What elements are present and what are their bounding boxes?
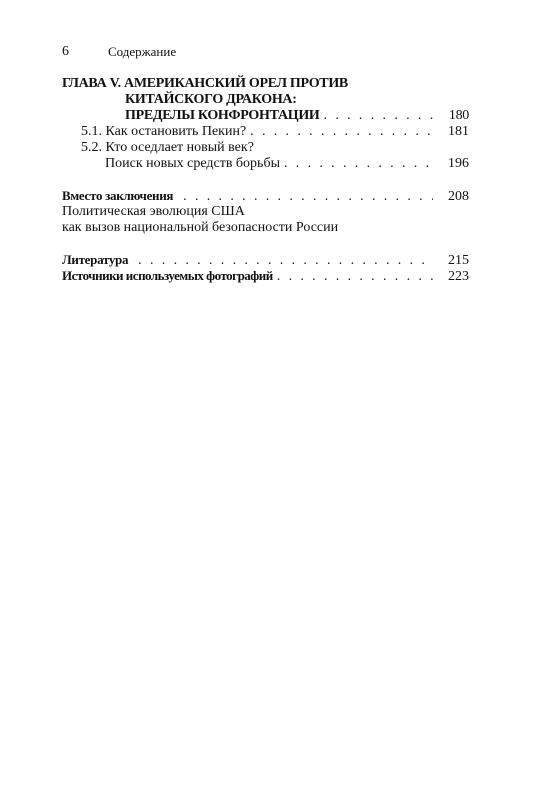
- toc-entry-label: Вместо заключения: [62, 188, 173, 204]
- toc-page-number: 181: [437, 124, 469, 140]
- toc-entry-section-5-2-line-1: 5.2. Кто оседлает новый век?: [81, 140, 254, 156]
- toc-entry-section-5-1[interactable]: 5.1. Как остановить Пекин? . . . . . . .…: [81, 124, 469, 140]
- toc-entry-photo-sources[interactable]: Источники используемых фотографий . . . …: [62, 268, 469, 285]
- toc-entry-conclusion[interactable]: Вместо заключения . . . . . . . . . . . …: [62, 188, 469, 205]
- toc-entry-label: 5.1. Как остановить Пекин?: [81, 124, 246, 140]
- leader-dots: . . . . . . . . . . . . . . . . . . . . …: [277, 269, 433, 285]
- toc-entry-chapter-5[interactable]: ПРЕДЕЛЫ КОНФРОНТАЦИИ . . . . . . . . . .…: [125, 108, 469, 124]
- toc-chapter-title-line-2: КИТАЙСКОГО ДРАКОНА:: [125, 92, 297, 108]
- toc-chapter-title-line-3: ПРЕДЕЛЫ КОНФРОНТАЦИИ: [125, 108, 320, 124]
- toc-conclusion-subtitle-line-2: как вызов национальной безопасности Росс…: [62, 220, 338, 236]
- toc-entry-label: Источники используемых фотографий: [62, 268, 273, 284]
- running-head-title: Содержание: [108, 44, 176, 60]
- page-number: 6: [62, 44, 69, 60]
- toc-entry-section-5-2[interactable]: Поиск новых средств борьбы . . . . . . .…: [105, 156, 469, 172]
- toc-entry-literature[interactable]: Литература . . . . . . . . . . . . . . .…: [62, 252, 469, 269]
- toc-page-number: 223: [437, 269, 469, 285]
- leader-dots: . . . . . . . . . . . . . . . . . . . . …: [183, 189, 433, 205]
- toc-page-number: 180: [437, 108, 469, 124]
- toc-entry-label: Литература: [62, 252, 128, 268]
- toc-page-number: 208: [437, 189, 469, 205]
- toc-page-number: 215: [437, 253, 469, 269]
- leader-dots: . . . . . . . . . . . . . . . . . . . . …: [250, 124, 433, 140]
- leader-dots: . . . . . . . . . . . . . . . . . . . . …: [324, 108, 433, 124]
- leader-dots: . . . . . . . . . . . . . . . . . . . . …: [138, 253, 433, 269]
- toc-page-number: 196: [437, 156, 469, 172]
- toc-chapter-title-line-1: ГЛАВА V. АМЕРИКАНСКИЙ ОРЕЛ ПРОТИВ: [62, 76, 348, 92]
- book-page: 6 Содержание ГЛАВА V. АМЕРИКАНСКИЙ ОРЕЛ …: [0, 0, 533, 800]
- toc-conclusion-subtitle-line-1: Политическая эволюция США: [62, 204, 245, 220]
- toc-entry-label: Поиск новых средств борьбы: [105, 156, 280, 172]
- leader-dots: . . . . . . . . . . . . . . . . . . . . …: [284, 156, 433, 172]
